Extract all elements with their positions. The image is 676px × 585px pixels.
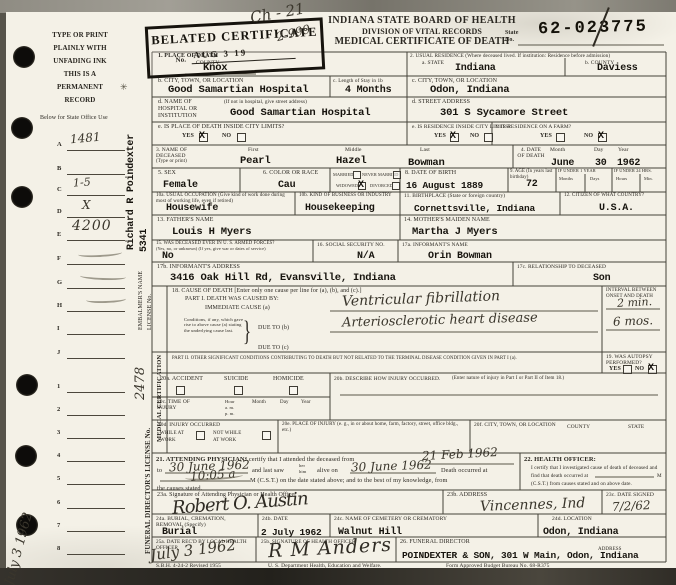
field-24c-label: 24c. NAME OF CEMETERY OR CREMATORY (334, 516, 464, 522)
no-label: NO (635, 366, 644, 373)
margin-line-label: 7 (57, 522, 60, 529)
yes-label: YES (182, 133, 194, 140)
margin-line-rule (67, 334, 125, 335)
field-15-note: (Yes, no, or unknown) (If yes, give war … (156, 246, 308, 251)
physician-text-4: alive on (317, 467, 338, 474)
due-to-b-label: DUE TO (b) (258, 325, 289, 332)
father-name-value: Louis H Myers (172, 226, 251, 238)
health-officer-text-3: (C.S.T.) from causes stated and on above… (531, 481, 632, 487)
field-22-label: 22. HEALTH OFFICER: (524, 456, 596, 464)
conditions-note: Conditions, if any, which gave rise to a… (184, 317, 244, 333)
check-mark: X (648, 363, 654, 374)
margin-line-rule (67, 174, 125, 175)
field-13-label: 13. FATHER'S NAME (157, 217, 214, 224)
field-10b-label: 10b. KIND OF BUSINESS OR INDUSTRY (299, 193, 397, 199)
accident-label: 20a. ACCIDENT (160, 376, 203, 383)
health-officer-text-2b: M (657, 473, 662, 479)
form-number-footer: S.B.H. 4-24-2 Revised 1955 (156, 563, 221, 569)
state-office-use-note: Below for State Office Use (40, 115, 108, 122)
margin-line-rule (67, 415, 125, 416)
am-head: a. m. (225, 405, 234, 410)
no-label: NO (222, 133, 231, 140)
informant-name-value: Orin Bowman (428, 251, 492, 262)
margin-line-label: A (57, 141, 62, 148)
burial-date-value: 2 July 1962 (261, 527, 322, 538)
funeral-license-label: FUNERAL DIRECTOR'S LICENSE No. (144, 428, 152, 554)
margin-entry-c: 1-5 (73, 175, 92, 189)
margin-line-label: 5 (57, 475, 60, 482)
margin-line-rule (67, 392, 125, 393)
margin-line-label: E (57, 231, 61, 238)
checkbox-married (353, 171, 361, 179)
checkbox-suicide (234, 386, 243, 395)
physician-text-5: Death occurred at (441, 467, 487, 474)
check-mark: X (450, 131, 456, 142)
margin-line-rule (67, 554, 125, 555)
not-while-at-work-label: NOT WHILE (213, 431, 241, 437)
hours-head: Hours (616, 176, 627, 181)
due-to-c-label: DUE TO (c) (258, 345, 289, 352)
margin-line-label: 8 (57, 545, 60, 552)
field-18-label: 18. CAUSE OF DEATH [Enter only one cause… (172, 288, 362, 295)
first-name-value: Pearl (240, 155, 271, 167)
field-1c-label: c. Length of Stay in 1b (333, 78, 383, 84)
certificate-title: MEDICAL CERTIFICATE OF DEATH (327, 36, 517, 48)
birthplace-value: Cornettsville, Indiana (414, 203, 535, 214)
checkbox-homicide (289, 386, 298, 395)
field-11-label: 11. BIRTHPLACE (State or foreign country… (404, 193, 554, 199)
checkbox-death-inside-city-yes: X (199, 133, 208, 142)
physician-text-3: and last saw (252, 467, 284, 474)
married-label: MARRIED (333, 172, 354, 177)
field-20b-note: (Enter nature of injury in Part I or Par… (452, 376, 564, 382)
date-of-birth-value: 16 August 1889 (406, 180, 483, 191)
field-17b-label: 17b. INFORMANT'S ADDRESS (157, 264, 240, 271)
checkbox-while-at-work (196, 431, 205, 440)
checkbox-widowed: X (358, 182, 366, 190)
margin-line-rule (67, 438, 125, 439)
physician-text-2: to (157, 467, 162, 474)
hour-head: Hour (225, 399, 235, 404)
interval-a-value: 2 min. (617, 295, 653, 310)
margin-line-label: 1 (57, 383, 60, 390)
margin-line-rule (67, 484, 125, 485)
margin-line-rule (67, 531, 125, 532)
citizen-value: U.S.A. (599, 203, 634, 214)
check-mark: X (199, 131, 205, 142)
informant-address-value: 3416 Oak Hill Rd, Evansville, Indiana (170, 272, 396, 284)
margin-line-label: D (57, 208, 62, 215)
checkbox-autopsy-no: X (648, 365, 657, 374)
instruction-line: RECORD (30, 94, 130, 107)
field-20d-label: 20d. INJURY OCCURRED (158, 422, 220, 428)
checkbox-autopsy-yes (623, 365, 632, 374)
min-head: Min. (644, 176, 653, 181)
residence-state-label: a. STATE (422, 60, 444, 66)
embalmer-license-label: LICENSE No. (147, 294, 154, 330)
field-3-note: (Type or print) (156, 159, 187, 165)
permanent-record-instructions: TYPE OR PRINT PLAINLY WITH UNFADING INK … (30, 29, 130, 107)
pronoun-him: him (299, 469, 306, 474)
field-1e-label: e. IS PLACE OF DEATH INSIDE CITY LIMITS? (158, 124, 284, 131)
margin-line-rule (67, 195, 125, 196)
death-certificate-scan: TYPE OR PRINT PLAINLY WITH UNFADING INK … (0, 0, 676, 585)
field-17a-label: 17a. INFORMANT'S NAME (402, 242, 468, 248)
not-while-at-work-label2: AT WORK (213, 438, 236, 444)
part1-label: PART I. DEATH WAS CAUSED BY: (185, 296, 279, 303)
checkbox-not-while-at-work (262, 431, 271, 440)
margin-line-label: J (57, 349, 60, 356)
health-officer-text-1: I certify that I investigated cause of d… (531, 465, 657, 471)
margin-line-rule (67, 150, 125, 151)
field-16-label: 16. SOCIAL SECURITY NO. (317, 242, 385, 248)
field-2f-label: f. IS RESIDENCE ON A FARM? (496, 124, 571, 130)
length-of-stay-value: 4 Months (345, 85, 391, 96)
sex-value: Female (163, 180, 198, 191)
funeral-license-value: 2478 (133, 367, 148, 400)
field-8-label: 8. DATE OF BIRTH (405, 170, 456, 177)
seal-icon: ✳ (120, 82, 128, 93)
while-at-work-label2: WORK (160, 438, 176, 444)
relationship-value: Son (593, 273, 610, 284)
margin-line-rule (67, 508, 125, 509)
cemetery-location-value: Odon, Indiana (543, 527, 618, 538)
margin-line-label: 2 (57, 406, 60, 413)
margin-line-rule (67, 358, 125, 359)
residence-city-value: Odon, Indiana (430, 84, 509, 96)
margin-line-label: I (57, 325, 60, 332)
month-head: Month (550, 147, 565, 153)
health-officer-text-2: find that death occurred at (531, 473, 588, 479)
instruction-line: PERMANENT (30, 81, 130, 94)
margin-line-rule (67, 461, 125, 462)
county-head: COUNTY (567, 424, 590, 430)
pm-head: p. m. (225, 411, 235, 416)
margin-line-label: G (57, 279, 62, 286)
embalmer-license-value: 5341 (139, 229, 150, 252)
no-label: NO (470, 133, 479, 140)
state-no-label2: No. (505, 37, 514, 44)
field-19-label: 19. WAS AUTOPSY PERFORMED? (606, 354, 666, 367)
margin-line-rule (67, 311, 125, 312)
instruction-line: THIS IS A (30, 68, 130, 81)
street-address-value: 301 S Sycamore Street (440, 107, 568, 119)
age-value: 72 (526, 179, 538, 190)
field-24d-label: 24d. LOCATION (552, 516, 592, 522)
field-2d-label: d. STREET ADDRESS (412, 99, 470, 106)
field-12-label: 12. CITIZEN OF WHAT COUNTRY? (564, 193, 664, 199)
margin-line-rule (67, 240, 125, 241)
residence-county-value: Daviess (597, 63, 638, 74)
part2-label: PART II. OTHER SIGNIFICANT CONDITIONS CO… (172, 356, 602, 362)
middle-name-head: Middle (345, 147, 362, 153)
no-label: NO (584, 133, 593, 140)
agency-title: INDIANA STATE BOARD OF HEALTH (327, 15, 517, 27)
city-of-death-value: Good Samartian Hospital (168, 84, 308, 96)
yes-label: YES (609, 366, 621, 373)
margin-line-label: B (57, 165, 61, 172)
year-head: Year (301, 400, 311, 406)
occupation-value: Housewife (166, 203, 218, 214)
mother-name-value: Martha J Myers (412, 226, 497, 238)
last-name-value: Bowman (408, 157, 445, 169)
field-4-label: 4. DATE OF DEATH (517, 147, 545, 160)
hospital-name-value: Good Samartian Hospital (230, 107, 370, 119)
days-head: Days (590, 176, 599, 181)
field-6-label: 6. COLOR OR RACE (263, 170, 318, 177)
field-14-label: 14. MOTHER'S MAIDEN NAME (404, 217, 490, 224)
day-head: Day (280, 400, 289, 406)
funeral-director-value: POINDEXTER & SON, 301 W Main, Odon, Indi… (402, 550, 639, 561)
interval-b-value: 6 mos. (613, 313, 653, 328)
checkbox-accident (176, 386, 185, 395)
industry-value: Housekeeping (305, 203, 375, 214)
physician-text-6: M (C.S.T.) on the date stated above; and… (250, 477, 448, 484)
immediate-cause-label: IMMEDIATE CAUSE (a) (205, 305, 270, 312)
field-20b-label: 20b. DESCRIBE HOW INJURY OCCURRED. (334, 376, 440, 382)
department-footer: U. S. Department Health, Education and W… (268, 563, 382, 569)
margin-line-label: F (57, 255, 61, 262)
day-head: Day (594, 147, 603, 153)
margin-entry-a: 1481 (69, 130, 101, 147)
month-head: Month (252, 400, 266, 406)
budget-bureau-footer: Form Approved Budget Bureau No. 68-R375 (446, 563, 550, 569)
checkbox-residence-farm-no: X (598, 133, 607, 142)
field-24b-label: 24b. DATE (262, 516, 288, 522)
divorced-label: DIVORCED (370, 183, 393, 188)
field-17c-label: 17c. RELATIONSHIP TO DECEASED (517, 264, 606, 270)
while-at-work-label: WHILE AT (160, 431, 184, 437)
months-head: Months (559, 176, 573, 181)
yes-label: YES (540, 133, 552, 140)
margin-line-label: H (57, 302, 62, 309)
check-mark: X (598, 131, 604, 142)
margin-entry-e: 4200 (72, 218, 112, 234)
yes-label: YES (434, 133, 446, 140)
last-name-head: Last (420, 147, 430, 153)
margin-line-label: 4 (57, 452, 60, 459)
field-5-label: 5. SEX (158, 170, 176, 177)
widowed-label: WIDOWED (336, 183, 358, 188)
burial-value: Burial (162, 527, 197, 538)
year-head: Year (618, 147, 629, 153)
field-2-label: 2. USUAL RESIDENCE (Where deceased lived… (410, 53, 664, 59)
margin-line-label: C (57, 186, 62, 193)
field-26-label: 26. FUNERAL DIRECTOR (400, 539, 470, 546)
checkbox-divorced (392, 182, 400, 190)
check-mark: X (358, 180, 364, 191)
ssn-value: N/A (357, 251, 374, 262)
armed-forces-value: No (162, 251, 174, 262)
county-of-death-value: Knox (203, 62, 227, 74)
checkbox-death-inside-city-no (237, 133, 246, 142)
state-file-number: 62-023775 (538, 18, 648, 40)
pronoun-her: her (299, 463, 305, 468)
field-1d-note: (If not in hospital, give street address… (224, 99, 307, 105)
margin-line-rule (67, 288, 125, 289)
under-24-hrs-label: IF UNDER 24 HRS. (614, 168, 664, 173)
field-20f-label: 20f. CITY, TOWN, OR LOCATION (474, 422, 556, 428)
field-20e-label: 20e. PLACE OF INJURY (e. g., in or about… (282, 422, 462, 434)
field-1d-label: d. NAME OF HOSPITAL OR INSTITUTION (158, 99, 220, 120)
date-signed-value: 7/2/62 (612, 498, 651, 514)
checkbox-residence-inside-city-yes: X (450, 133, 459, 142)
instruction-line: TYPE OR PRINT (30, 29, 130, 42)
brace-glyph: } (243, 315, 251, 349)
checkbox-never-married (393, 171, 401, 179)
checkbox-residence-inside-city-no (484, 133, 493, 142)
margin-line-label: 3 (57, 429, 60, 436)
under-1-year-label: IF UNDER 1 YEAR (558, 168, 610, 173)
middle-name-value: Hazel (336, 155, 367, 167)
margin-line-rule (67, 264, 125, 265)
field-20c-label: 20c. TIME OF INJURY (157, 399, 197, 412)
checkbox-residence-farm-yes (556, 133, 565, 142)
first-name-head: First (248, 147, 259, 153)
margin-line-label: 6 (57, 499, 60, 506)
race-value: Cau (278, 180, 295, 191)
homicide-label: HOMICIDE (273, 376, 304, 383)
margin-entry-d: X (82, 198, 91, 212)
embalmer-name-label: EMBALMER'S NAME (138, 271, 145, 330)
suicide-label: SUICIDE (224, 376, 248, 383)
instruction-line: PLAINLY WITH (30, 42, 130, 55)
residence-state-value: Indiana (455, 63, 496, 74)
last-alive-value: 30 June 1962 (351, 458, 432, 475)
instruction-line: UNFADING INK (30, 55, 130, 68)
state-head: STATE (628, 424, 644, 430)
embalmer-name-value: Richard R Poindexter (126, 134, 137, 250)
